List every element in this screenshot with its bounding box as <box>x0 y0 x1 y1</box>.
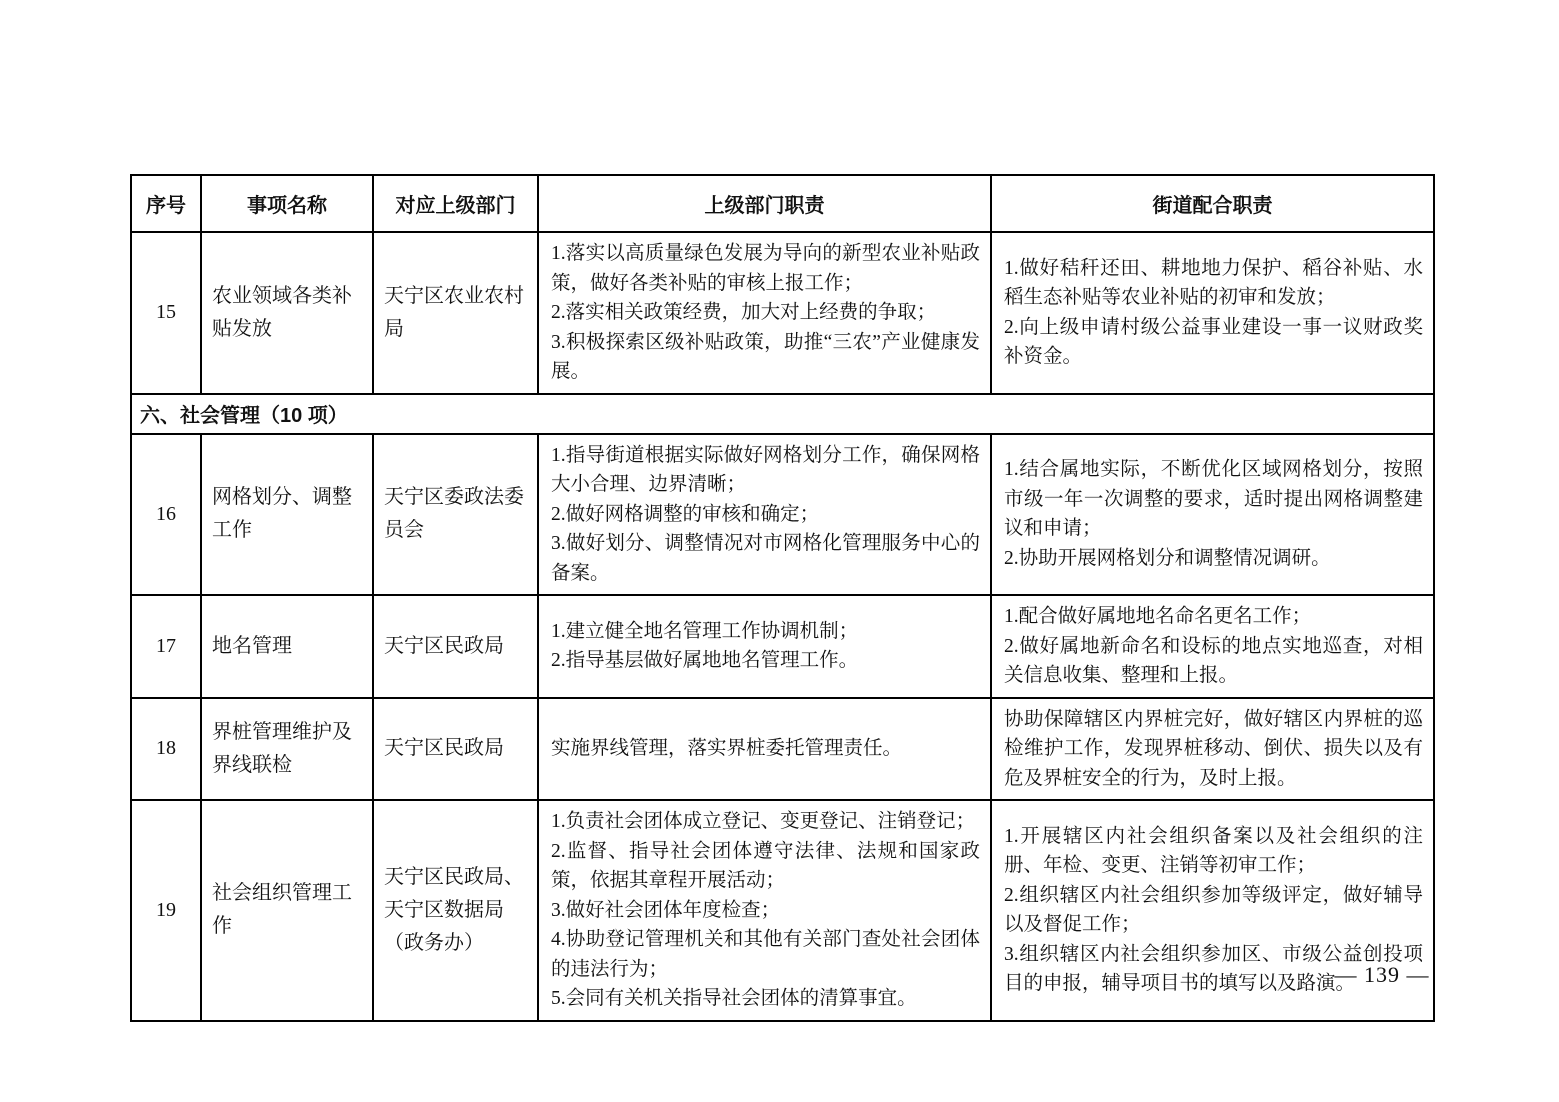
header-dept: 对应上级部门 <box>373 175 538 232</box>
table-row: 18 界桩管理维护及界线联检 天宁区民政局 实施界线管理，落实界桩委托管理责任。… <box>131 698 1434 801</box>
row-dept: 天宁区委政法委员会 <box>373 434 538 596</box>
row-street-duty: 1.配合做好属地地名命名更名工作； 2.做好属地新命名和设标的地点实地巡查，对相… <box>991 595 1434 698</box>
table-row: 15 农业领域各类补贴发放 天宁区农业农村局 1.落实以高质量绿色发展为导向的新… <box>131 232 1434 394</box>
header-duty: 上级部门职责 <box>538 175 991 232</box>
row-duty: 1.负责社会团体成立登记、变更登记、注销登记； 2.监督、指导社会团体遵守法律、… <box>538 800 991 1021</box>
section-header-row: 六、社会管理（10 项） <box>131 394 1434 434</box>
row-dept: 天宁区民政局 <box>373 698 538 801</box>
row-no: 19 <box>131 800 201 1021</box>
table-row: 19 社会组织管理工作 天宁区民政局、天宁区数据局（政务办） 1.负责社会团体成… <box>131 800 1434 1021</box>
row-item-name: 地名管理 <box>201 595 373 698</box>
row-dept: 天宁区民政局、天宁区数据局（政务办） <box>373 800 538 1021</box>
row-no: 16 <box>131 434 201 596</box>
row-no: 18 <box>131 698 201 801</box>
duties-table: 序号 事项名称 对应上级部门 上级部门职责 街道配合职责 15 农业领域各类补贴… <box>130 174 1435 1022</box>
row-no: 17 <box>131 595 201 698</box>
header-no: 序号 <box>131 175 201 232</box>
row-duty: 1.建立健全地名管理工作协调机制； 2.指导基层做好属地地名管理工作。 <box>538 595 991 698</box>
row-dept: 天宁区民政局 <box>373 595 538 698</box>
page-number: — 139 — <box>1322 962 1442 988</box>
table-row: 16 网格划分、调整工作 天宁区委政法委员会 1.指导街道根据实际做好网格划分工… <box>131 434 1434 596</box>
row-street-duty: 1.结合属地实际，不断优化区域网格划分，按照市级一年一次调整的要求，适时提出网格… <box>991 434 1434 596</box>
row-duty: 实施界线管理，落实界桩委托管理责任。 <box>538 698 991 801</box>
row-dept: 天宁区农业农村局 <box>373 232 538 394</box>
header-street-duty: 街道配合职责 <box>991 175 1434 232</box>
row-no: 15 <box>131 232 201 394</box>
row-item-name: 网格划分、调整工作 <box>201 434 373 596</box>
row-duty: 1.落实以高质量绿色发展为导向的新型农业补贴政策，做好各类补贴的审核上报工作； … <box>538 232 991 394</box>
row-street-duty: 协助保障辖区内界桩完好，做好辖区内界桩的巡检维护工作，发现界桩移动、倒伏、损失以… <box>991 698 1434 801</box>
row-item-name: 界桩管理维护及界线联检 <box>201 698 373 801</box>
row-item-name: 农业领域各类补贴发放 <box>201 232 373 394</box>
row-item-name: 社会组织管理工作 <box>201 800 373 1021</box>
row-street-duty: 1.做好秸秆还田、耕地地力保护、稻谷补贴、水稻生态补贴等农业补贴的初审和发放； … <box>991 232 1434 394</box>
header-item-name: 事项名称 <box>201 175 373 232</box>
table-row: 17 地名管理 天宁区民政局 1.建立健全地名管理工作协调机制； 2.指导基层做… <box>131 595 1434 698</box>
row-duty: 1.指导街道根据实际做好网格划分工作，确保网格大小合理、边界清晰； 2.做好网格… <box>538 434 991 596</box>
section-title: 六、社会管理（10 项） <box>131 394 1434 434</box>
table-header-row: 序号 事项名称 对应上级部门 上级部门职责 街道配合职责 <box>131 175 1434 232</box>
